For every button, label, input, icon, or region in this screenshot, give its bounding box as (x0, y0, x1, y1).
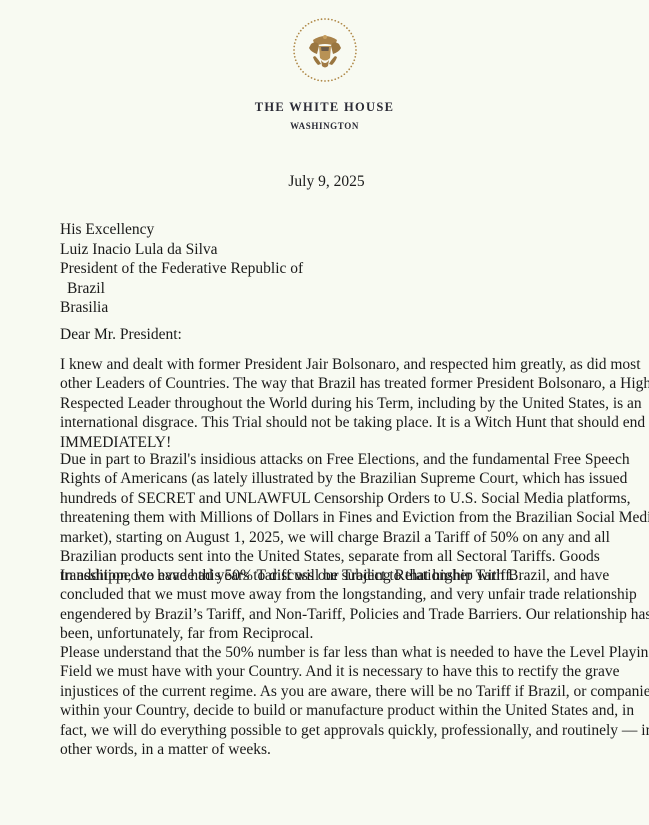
paragraph-line: other words, in a matter of weeks. (60, 740, 600, 759)
letterhead-subtitle: WASHINGTON (0, 121, 649, 131)
paragraph-1: I knew and dealt with former President J… (60, 355, 600, 452)
letter-date: July 9, 2025 (0, 173, 649, 191)
paragraph-line: been, unfortunately, far from Reciprocal… (60, 624, 600, 643)
paragraph-line: international disgrace. This Trial shoul… (60, 413, 600, 432)
paragraph-line: injustices of the current regime. As you… (60, 682, 600, 701)
paragraph-line: market), starting on August 1, 2025, we … (60, 528, 600, 547)
paragraph-line: Field we must have with your Country. An… (60, 662, 600, 681)
paragraph-line: other Leaders of Countries. The way that… (60, 374, 600, 393)
address-line: President of the Federative Republic of (60, 259, 303, 279)
paragraph-line: Brazilian products sent into the United … (60, 547, 600, 566)
paragraph-line: engendered by Brazil’s Tariff, and Non-T… (60, 605, 600, 624)
paragraph-line: Please understand that the 50% number is… (60, 643, 600, 662)
presidential-seal-icon (291, 16, 359, 84)
address-line: His Excellency (60, 220, 303, 240)
paragraph-line: Rights of Americans (as lately illustrat… (60, 469, 600, 488)
address-line: Luiz Inacio Lula da Silva (60, 240, 303, 260)
paragraph-line: hundreds of SECRET and UNLAWFUL Censorsh… (60, 489, 600, 508)
paragraph-line: within your Country, decide to build or … (60, 701, 600, 720)
paragraph-3: In addition, we have had years to discus… (60, 566, 600, 644)
recipient-address: His Excellency Luiz Inacio Lula da Silva… (60, 220, 303, 318)
paragraph-line: Due in part to Brazil's insidious attack… (60, 450, 600, 469)
address-line: Brasilia (60, 298, 303, 318)
paragraph-line: threatening them with Millions of Dollar… (60, 508, 600, 527)
paragraph-line: concluded that we must move away from th… (60, 585, 600, 604)
paragraph-line: fact, we will do everything possible to … (60, 721, 600, 740)
paragraph-line: I knew and dealt with former President J… (60, 355, 600, 374)
paragraph-line: In addition, we have had years to discus… (60, 566, 600, 585)
salutation: Dear Mr. President: (60, 326, 182, 344)
paragraph-line: Respected Leader throughout the World du… (60, 394, 600, 413)
letter-page: THE WHITE HOUSE WASHINGTON July 9, 2025 … (0, 0, 649, 825)
paragraph-4: Please understand that the 50% number is… (60, 643, 600, 759)
letterhead-title: THE WHITE HOUSE (0, 100, 649, 115)
address-line: Brazil (60, 279, 303, 299)
